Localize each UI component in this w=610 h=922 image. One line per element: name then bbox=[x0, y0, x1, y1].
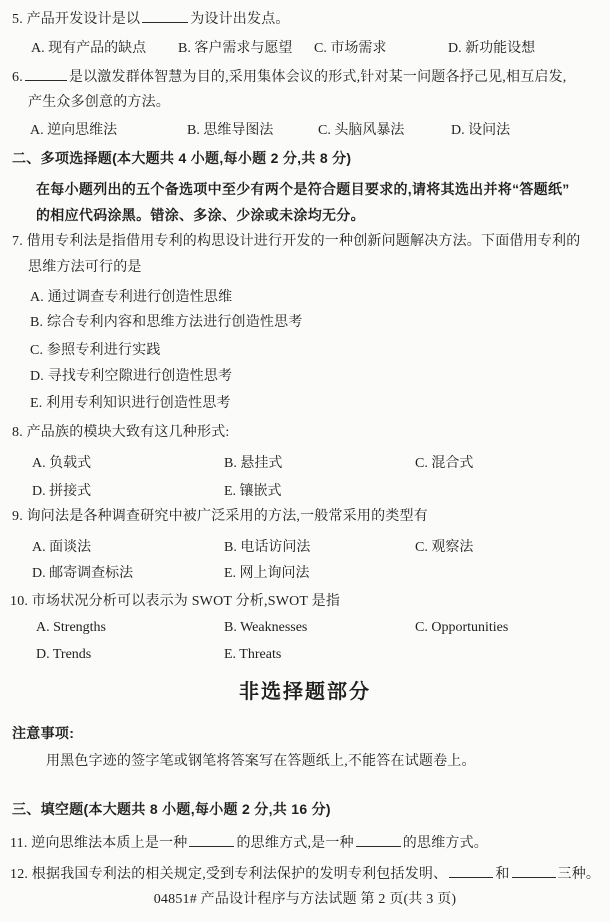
option-b: B. 电话访问法 bbox=[224, 536, 310, 556]
question-11-seg-1: 11. 逆向思维法本质上是一种 bbox=[10, 836, 187, 851]
option-d: D. 设问法 bbox=[451, 119, 510, 139]
question-8-options-row-1: A. 负载式 B. 悬挂式 C. 混合式 bbox=[0, 452, 610, 472]
question-11-stem: 11. 逆向思维法本质上是一种的思维方式,是一种的思维方式。 bbox=[10, 832, 488, 854]
question-6-stem: 6.是以激发群体智慧为目的,采用集体会议的形式,针对某一问题各抒己见,相互启发, bbox=[12, 66, 567, 88]
question-7-option-d: D. 寻找专利空隙进行创造性思考 bbox=[30, 367, 232, 387]
question-7-stem-line-2: 思维方法可行的是 bbox=[28, 258, 142, 278]
notice-heading: 注意事项: bbox=[12, 723, 74, 743]
question-6-number: 6. bbox=[12, 70, 23, 85]
option-b: B. 悬挂式 bbox=[224, 452, 282, 472]
option-c: C. 市场需求 bbox=[314, 37, 386, 57]
page-footer: 04851# 产品设计程序与方法试题 第 2 页(共 3 页) bbox=[0, 890, 610, 910]
option-c: C. 观察法 bbox=[415, 536, 473, 556]
question-8-stem: 8. 产品族的模块大致有这几种形式: bbox=[12, 423, 230, 443]
option-e: E. 网上询问法 bbox=[224, 562, 310, 582]
question-8-options-row-2: D. 拼接式 E. 镶嵌式 bbox=[0, 480, 610, 500]
question-10-options-row-1: A. Strengths B. Weaknesses C. Opportunit… bbox=[0, 620, 610, 640]
option-a: A. 现有产品的缺点 bbox=[31, 37, 146, 57]
question-7-option-a: A. 通过调查专利进行创造性思维 bbox=[30, 288, 232, 308]
option-c: C. Opportunities bbox=[415, 620, 508, 636]
question-6-options: A. 逆向思维法 B. 思维导图法 C. 头脑风暴法 D. 设问法 bbox=[0, 119, 610, 139]
option-e: E. 镶嵌式 bbox=[224, 480, 282, 500]
section-2-heading: 二、多项选择题(本大题共 4 小题,每小题 2 分,共 8 分) bbox=[12, 148, 351, 168]
question-9-stem: 9. 询问法是各种调查研究中被广泛采用的方法,一般常采用的类型有 bbox=[12, 507, 428, 527]
option-a: A. 面谈法 bbox=[32, 536, 91, 556]
question-7-option-e: E. 利用专利知识进行创造性思考 bbox=[30, 394, 231, 414]
section-2-instruction-line-1: 在每小题列出的五个备选项中至少有两个是符合题目要求的,请将其选出并将“答题纸” bbox=[36, 179, 570, 199]
option-a: A. Strengths bbox=[36, 620, 106, 636]
option-c: C. 头脑风暴法 bbox=[318, 119, 404, 139]
option-d: D. 邮寄调查标法 bbox=[32, 562, 133, 582]
option-a: A. 负载式 bbox=[32, 452, 91, 472]
exam-paper-page: 5. 产品开发设计是以为设计出发点。 A. 现有产品的缺点 B. 客户需求与愿望… bbox=[0, 0, 610, 922]
blank-underline bbox=[189, 832, 234, 847]
question-5-stem: 5. 产品开发设计是以为设计出发点。 bbox=[12, 8, 290, 30]
question-7-option-b: B. 综合专利内容和思维方法进行创造性思考 bbox=[30, 313, 303, 333]
option-b: B. 客户需求与愿望 bbox=[178, 37, 292, 57]
blank-underline bbox=[356, 832, 401, 847]
blank-underline bbox=[512, 863, 556, 878]
question-12-stem: 12. 根据我国专利法的相关规定,受到专利法保护的发明专利包括发明、和三种。 bbox=[10, 863, 600, 885]
question-5-options: A. 现有产品的缺点 B. 客户需求与愿望 C. 市场需求 D. 新功能设想 bbox=[0, 37, 610, 57]
question-6-stem-line-2: 产生众多创意的方法。 bbox=[28, 93, 170, 113]
option-d: D. 拼接式 bbox=[32, 480, 91, 500]
question-10-stem: 10. 市场状况分析可以表示为 SWOT 分析,SWOT 是指 bbox=[10, 592, 340, 612]
blank-underline bbox=[142, 8, 188, 23]
option-c: C. 混合式 bbox=[415, 452, 473, 472]
question-12-seg-2: 和 bbox=[495, 867, 509, 882]
question-5-text-post: 为设计出发点。 bbox=[190, 12, 289, 27]
question-9-options-row-2: D. 邮寄调查标法 E. 网上询问法 bbox=[0, 562, 610, 582]
blank-underline bbox=[25, 66, 67, 81]
notice-body: 用黑色字迹的签字笔或钢笔将答案写在答题纸上,不能答在试题卷上。 bbox=[46, 752, 476, 772]
question-9-options-row-1: A. 面谈法 B. 电话访问法 C. 观察法 bbox=[0, 536, 610, 556]
question-11-seg-2: 的思维方式,是一种 bbox=[236, 836, 353, 851]
question-12-seg-3: 三种。 bbox=[558, 867, 601, 882]
option-e: E. Threats bbox=[224, 647, 281, 663]
question-12-seg-1: 12. 根据我国专利法的相关规定,受到专利法保护的发明专利包括发明、 bbox=[10, 867, 447, 882]
option-d: D. Trends bbox=[36, 647, 91, 663]
section-3-heading: 三、填空题(本大题共 8 小题,每小题 2 分,共 16 分) bbox=[12, 799, 331, 819]
option-b: B. 思维导图法 bbox=[187, 119, 273, 139]
section-2-instruction-line-2: 的相应代码涂黑。错涂、多涂、少涂或未涂均无分。 bbox=[36, 205, 365, 225]
question-10-options-row-2: D. Trends E. Threats bbox=[0, 647, 610, 667]
question-7-stem-line-1: 7. 借用专利法是指借用专利的构思设计进行开发的一种创新问题解决方法。下面借用专… bbox=[12, 232, 580, 252]
option-b: B. Weaknesses bbox=[224, 620, 307, 636]
question-11-seg-3: 的思维方式。 bbox=[403, 836, 488, 851]
option-a: A. 逆向思维法 bbox=[30, 119, 117, 139]
non-choice-section-title: 非选择题部分 bbox=[0, 682, 610, 702]
question-7-option-c: C. 参照专利进行实践 bbox=[30, 341, 161, 361]
blank-underline bbox=[449, 863, 493, 878]
option-d: D. 新功能设想 bbox=[448, 37, 535, 57]
question-6-text: 是以激发群体智慧为目的,采用集体会议的形式,针对某一问题各抒己见,相互启发, bbox=[69, 70, 567, 85]
question-5-text-pre: 5. 产品开发设计是以 bbox=[12, 12, 140, 27]
